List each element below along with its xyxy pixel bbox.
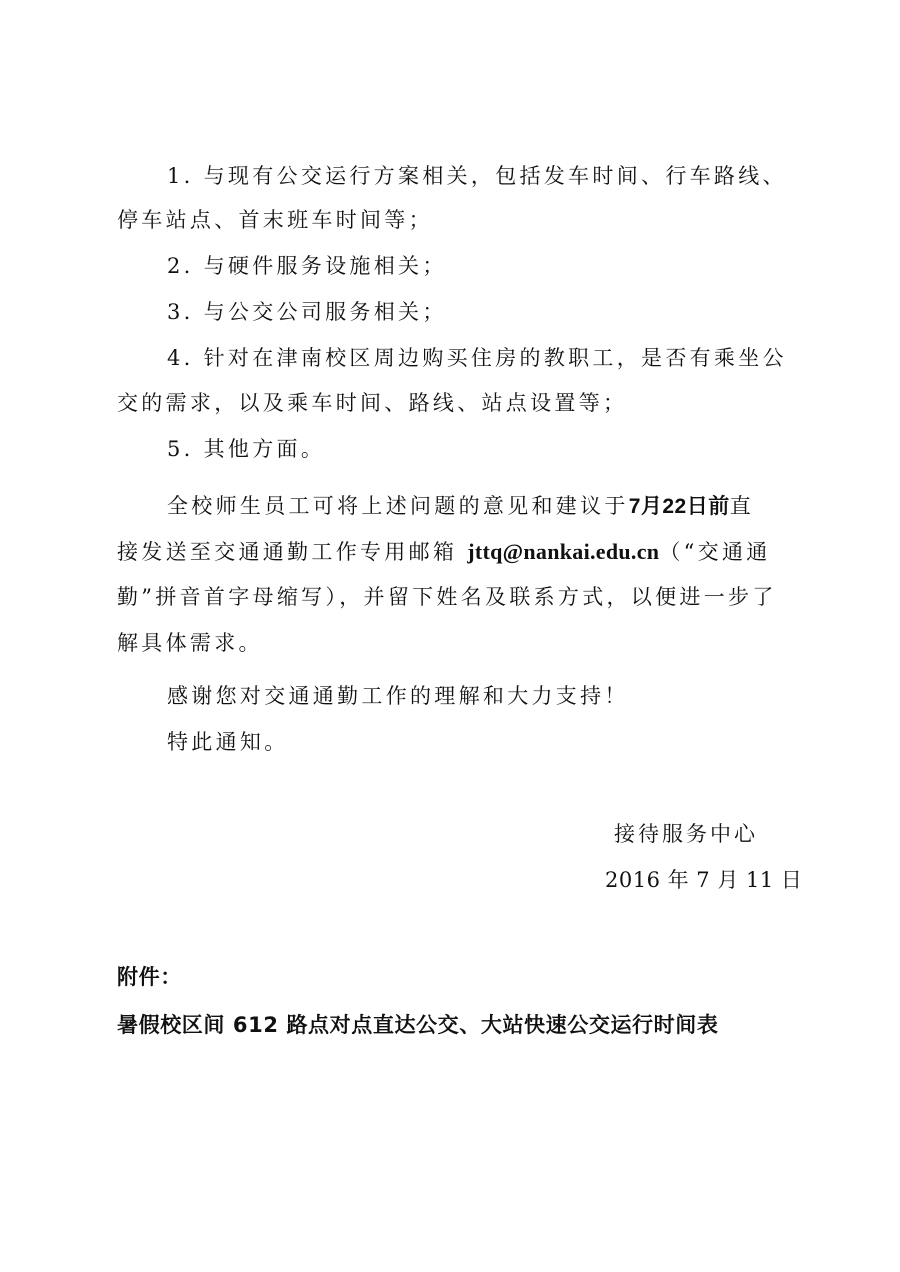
- list-item-number: 2.: [167, 254, 194, 278]
- list-item-5: 5. 其他方面。: [167, 436, 325, 462]
- list-item-number: 4.: [167, 346, 194, 370]
- list-item-text: 与硬件服务设施相关；: [204, 254, 447, 278]
- list-item-number: 5.: [167, 437, 194, 461]
- signature-organization: 接待服务中心: [614, 821, 758, 847]
- attachment-label: 附件：: [117, 964, 182, 990]
- request-line-1: 全校师生员工可将上述问题的意见和建议于7月22日前直: [167, 493, 754, 520]
- list-item-1-line-2: 停车站点、首末班车时间等；: [117, 207, 433, 233]
- list-item-number: 3.: [167, 300, 194, 324]
- deadline-text: 7月22日前: [629, 495, 730, 518]
- request-text: 接发送至交通通勤工作专用邮箱: [117, 540, 467, 564]
- list-item-4-line-2: 交的需求，以及乘车时间、路线、站点设置等；: [117, 390, 627, 416]
- attachment-title: 暑假校区间 612 路点对点直达公交、大站快速公交运行时间表: [117, 1012, 718, 1038]
- list-item-1-line-1: 1. 与现有公交运行方案相关，包括发车时间、行车路线、: [167, 163, 787, 189]
- list-item-text: 与现有公交运行方案相关，包括发车时间、行车路线、: [204, 164, 787, 188]
- request-line-4: 解具体需求。: [117, 630, 263, 656]
- signature-date: 2016 年 7 月 11 日: [605, 867, 802, 893]
- request-line-2: 接发送至交通通勤工作专用邮箱 jttq@nankai.edu.cn（“交通通: [117, 539, 771, 565]
- list-item-text: 与公交公司服务相关；: [204, 300, 447, 324]
- request-text: 全校师生员工可将上述问题的意见和建议于: [167, 494, 629, 518]
- list-item-4-line-1: 4. 针对在津南校区周边购买住房的教职工，是否有乘坐公: [167, 345, 787, 371]
- list-item-text: 其他方面。: [204, 437, 326, 461]
- closing-text: 特此通知。: [167, 729, 289, 755]
- request-text: 直: [730, 494, 754, 518]
- list-item-number: 1.: [167, 164, 194, 188]
- list-item-text: 针对在津南校区周边购买住房的教职工，是否有乘坐公: [204, 346, 787, 370]
- email-link[interactable]: jttq@nankai.edu.cn: [467, 539, 659, 564]
- thanks-text: 感谢您对交通通勤工作的理解和大力支持！: [167, 683, 629, 709]
- request-line-3: 勤”拼音首字母缩写），并留下姓名及联系方式，以便进一步了: [117, 584, 777, 610]
- list-item-2: 2. 与硬件服务设施相关；: [167, 253, 447, 279]
- list-item-3: 3. 与公交公司服务相关；: [167, 299, 447, 325]
- request-text: （“交通通: [659, 540, 770, 564]
